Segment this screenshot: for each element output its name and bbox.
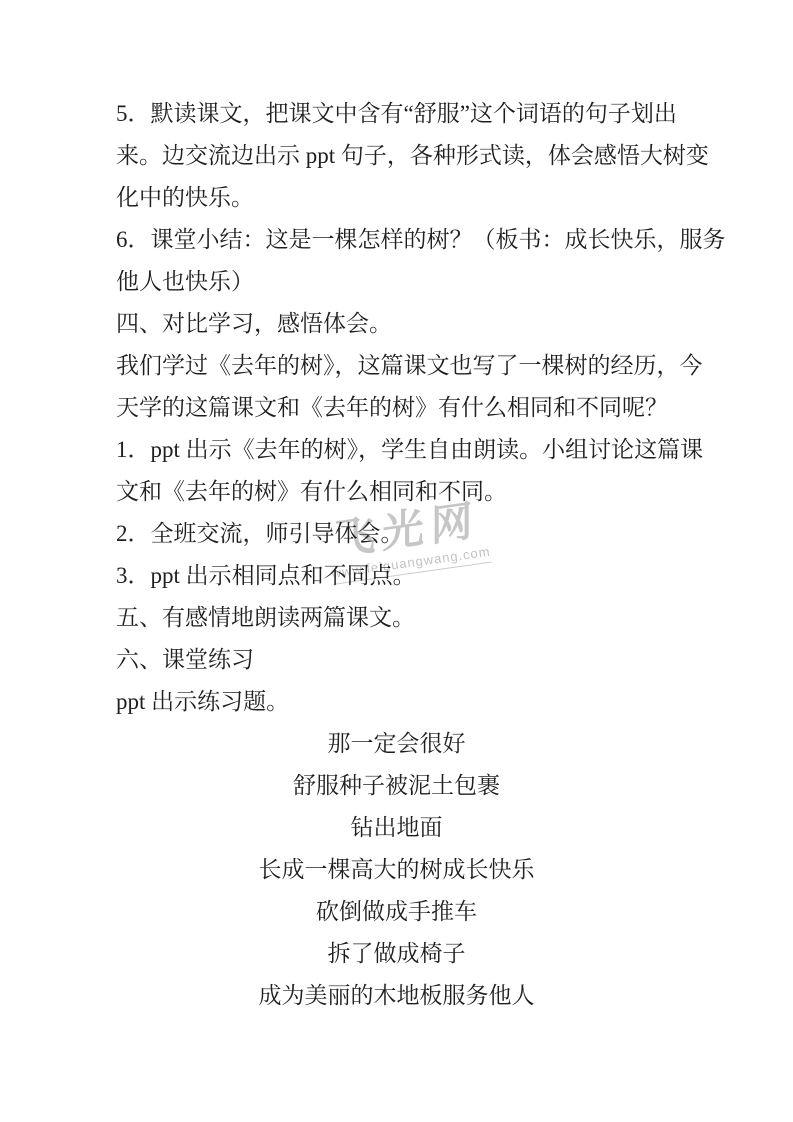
text-line: 5．默读课文，把课文中含有“舒服”这个词语的句子划出 [116,93,677,135]
text-line: 1．ppt 出示《去年的树》，学生自由朗读。小组讨论这篇课 [116,429,677,471]
text-line: ppt 出示练习题。 [116,681,677,723]
text-line: 六、课堂练习 [116,639,677,681]
text-line: 6．课堂小结：这是一棵怎样的树？（板书：成长快乐，服务 [116,219,677,261]
text-line: 五、有感情地朗读两篇课文。 [116,597,677,639]
text-line: 四、对比学习，感悟体会。 [116,303,677,345]
text-line: 舒服种子被泥土包裹 [116,765,677,807]
text-line: 那一定会很好 [116,723,677,765]
text-line: 长成一棵高大的树成长快乐 [116,849,677,891]
text-line: 砍倒做成手推车 [116,891,677,933]
text-line: 我们学过《去年的树》，这篇课文也写了一棵树的经历，今 [116,345,677,387]
text-line: 天学的这篇课文和《去年的树》有什么相同和不同呢？ [116,387,677,429]
text-line: 3．ppt 出示相同点和不同点。 [116,555,677,597]
text-line: 成为美丽的木地板服务他人 [116,975,677,1017]
text-line: 来。边交流边出示 ppt 句子，各种形式读，体会感悟大树变 [116,135,677,177]
text-line: 文和《去年的树》有什么相同和不同。 [116,471,677,513]
text-line: 化中的快乐。 [116,177,677,219]
document-lines: 5．默读课文，把课文中含有“舒服”这个词语的句子划出来。边交流边出示 ppt 句… [116,93,677,1017]
text-line: 钻出地面 [116,807,677,849]
text-line: 他人也快乐） [116,261,677,303]
text-line: 2．全班交流，师引导体会。 [116,513,677,555]
document-page: 飞光网 www.feiguangwang.com 5．默读课文，把课文中含有“舒… [0,0,793,1122]
text-line: 拆了做成椅子 [116,933,677,975]
